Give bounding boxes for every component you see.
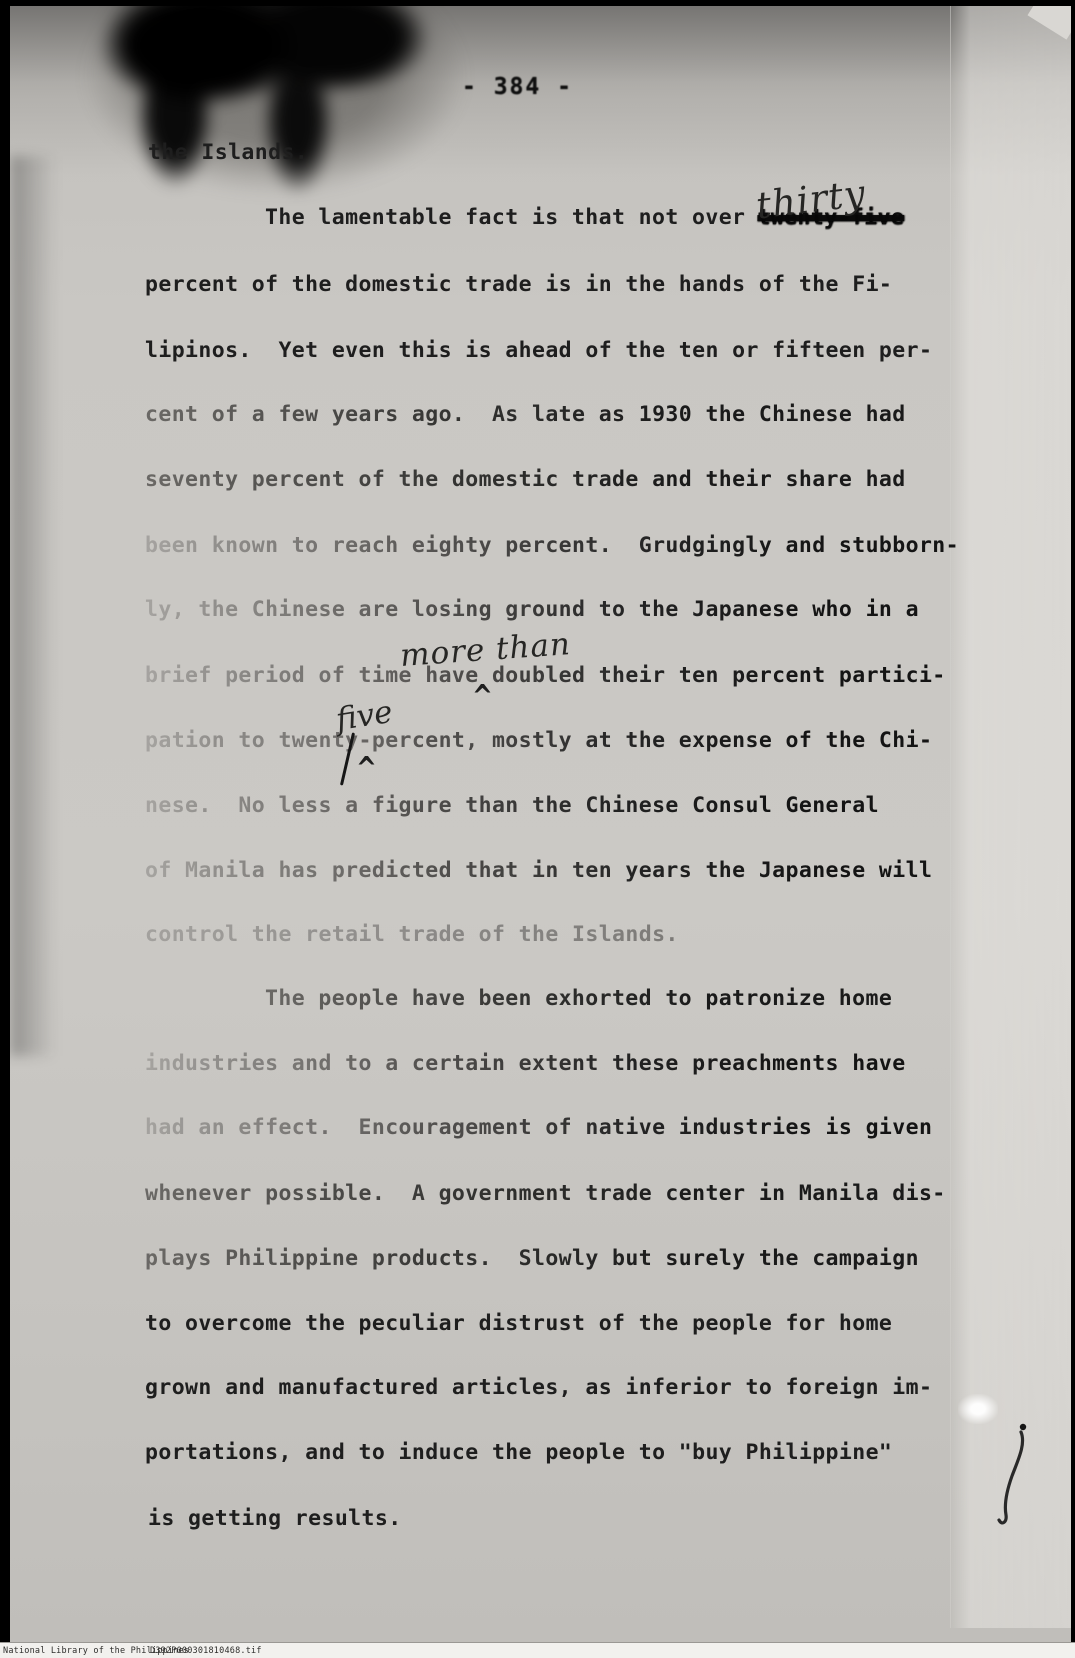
typed-line: percent of the domestic trade is in the … [145, 272, 892, 297]
caret-mark: ^ [356, 750, 377, 786]
typed-line: portations, and to induce the people to … [145, 1440, 892, 1465]
typed-line: control the retail trade of the Islands. [145, 922, 679, 947]
typed-line: to overcome the peculiar distrust of the… [145, 1311, 892, 1336]
page-edge-strip [950, 6, 1071, 1628]
typed-line: grown and manufactured articles, as infe… [145, 1375, 932, 1400]
typed-line: plays Philippine products. Slowly but su… [145, 1246, 919, 1271]
typed-line-text: The lamentable fact is that not over [265, 205, 745, 230]
page-number: - 384 - [462, 74, 573, 100]
typed-line: the Islands. [148, 140, 308, 165]
typed-line: nese. No less a figure than the Chinese … [145, 793, 879, 818]
typed-line: The people have been exhorted to patroni… [265, 986, 892, 1011]
typed-line: brief period of time have doubled their … [145, 663, 946, 688]
typed-line: had an effect. Encouragement of native i… [145, 1115, 932, 1140]
typed-line: lipinos. Yet even this is ahead of the t… [145, 338, 932, 363]
typed-line: pation to twenty-percent, mostly at the … [145, 728, 932, 753]
footer-bar: National Library of the Philippines D392… [0, 1642, 1075, 1658]
typed-line: ly, the Chinese are losing ground to the… [145, 597, 919, 622]
footer-filename: D392P000301810468.tif [150, 1646, 262, 1656]
pen-flourish-mark [992, 1420, 1036, 1530]
typed-line: seventy percent of the domestic trade an… [145, 467, 906, 492]
typed-line: of Manila has predicted that in ten year… [145, 858, 932, 883]
typed-line: been known to reach eighty percent. Grud… [145, 533, 959, 558]
typed-line: whenever possible. A government trade ce… [145, 1181, 946, 1206]
page-scan: - 384 - the Islands. The lamentable fact… [10, 6, 1071, 1648]
typed-line: industries and to a certain extent these… [145, 1051, 906, 1076]
caret-mark: ^ [472, 678, 493, 714]
typed-line: is getting results. [148, 1506, 402, 1531]
typed-line: cent of a few years ago. As late as 1930… [145, 402, 906, 427]
left-edge-smudge [10, 156, 56, 1056]
